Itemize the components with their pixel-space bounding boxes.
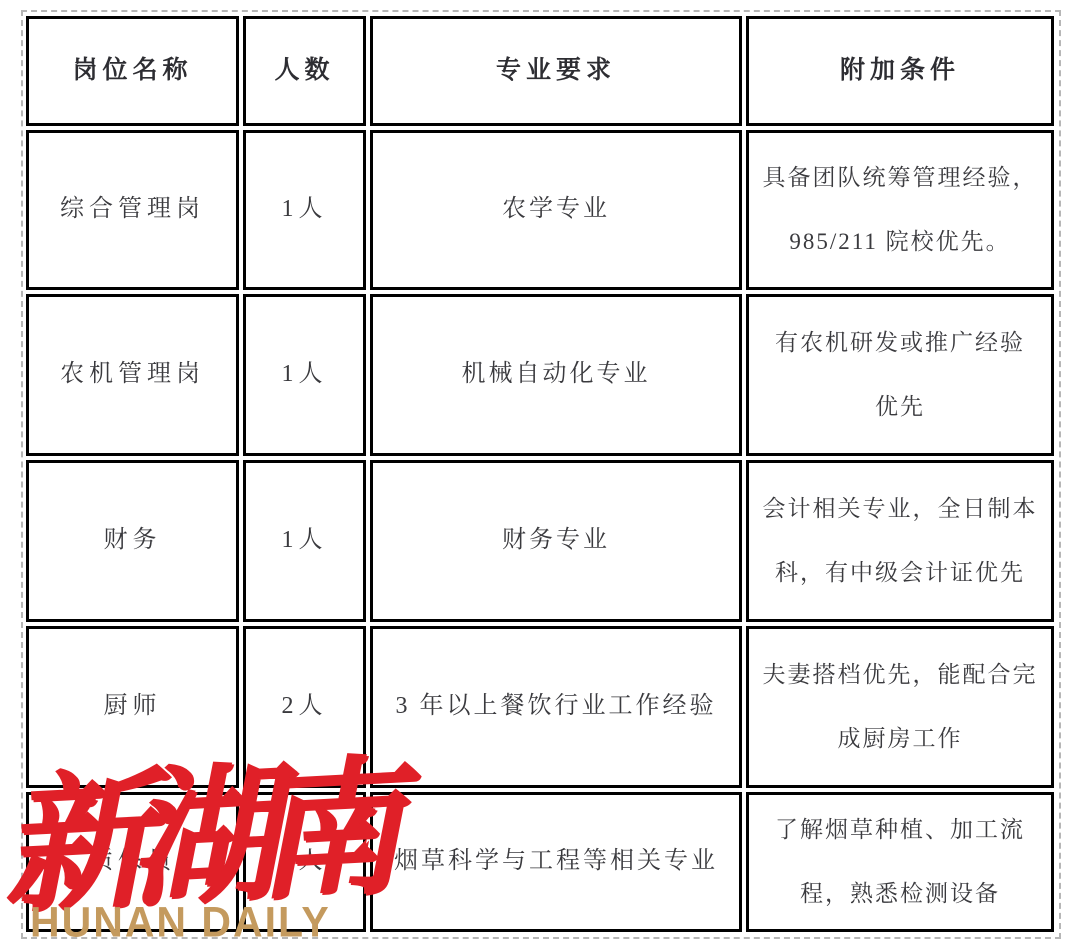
header-headcount: 人数 <box>243 16 366 126</box>
cell-headcount: 2人 <box>243 626 366 788</box>
cell-major: 机械自动化专业 <box>370 294 742 456</box>
header-position: 岗位名称 <box>26 16 239 126</box>
cell-conditions: 具备团队统筹管理经验， 985/211 院校优先。 <box>746 130 1054 290</box>
header-conditions: 附加条件 <box>746 16 1054 126</box>
cell-headcount: 5人 <box>243 792 366 932</box>
cell-conditions: 了解烟草种植、加工流 程，熟悉检测设备 <box>746 792 1054 932</box>
cell-headcount: 1人 <box>243 130 366 290</box>
document-page: 岗位名称 人数 专业要求 附加条件 综合管理岗 1人 农学专业 具备团队统筹管理… <box>0 0 1068 950</box>
cell-conditions: 会计相关专业，全日制本 科，有中级会计证优先 <box>746 460 1054 622</box>
cell-major: 烟草科学与工程等相关专业 <box>370 792 742 932</box>
cell-conditions: 有农机研发或推广经验 优先 <box>746 294 1054 456</box>
cell-major: 农学专业 <box>370 130 742 290</box>
cell-position: 质保员 <box>26 792 239 932</box>
cell-major: 3 年以上餐饮行业工作经验 <box>370 626 742 788</box>
header-major: 专业要求 <box>370 16 742 126</box>
cell-position: 财务 <box>26 460 239 622</box>
cell-position: 农机管理岗 <box>26 294 239 456</box>
recruitment-table: 岗位名称 人数 专业要求 附加条件 综合管理岗 1人 农学专业 具备团队统筹管理… <box>26 16 1054 932</box>
cell-headcount: 1人 <box>243 460 366 622</box>
cell-headcount: 1人 <box>243 294 366 456</box>
cell-position: 厨师 <box>26 626 239 788</box>
cell-position: 综合管理岗 <box>26 130 239 290</box>
cell-conditions: 夫妻搭档优先，能配合完 成厨房工作 <box>746 626 1054 788</box>
cell-major: 财务专业 <box>370 460 742 622</box>
